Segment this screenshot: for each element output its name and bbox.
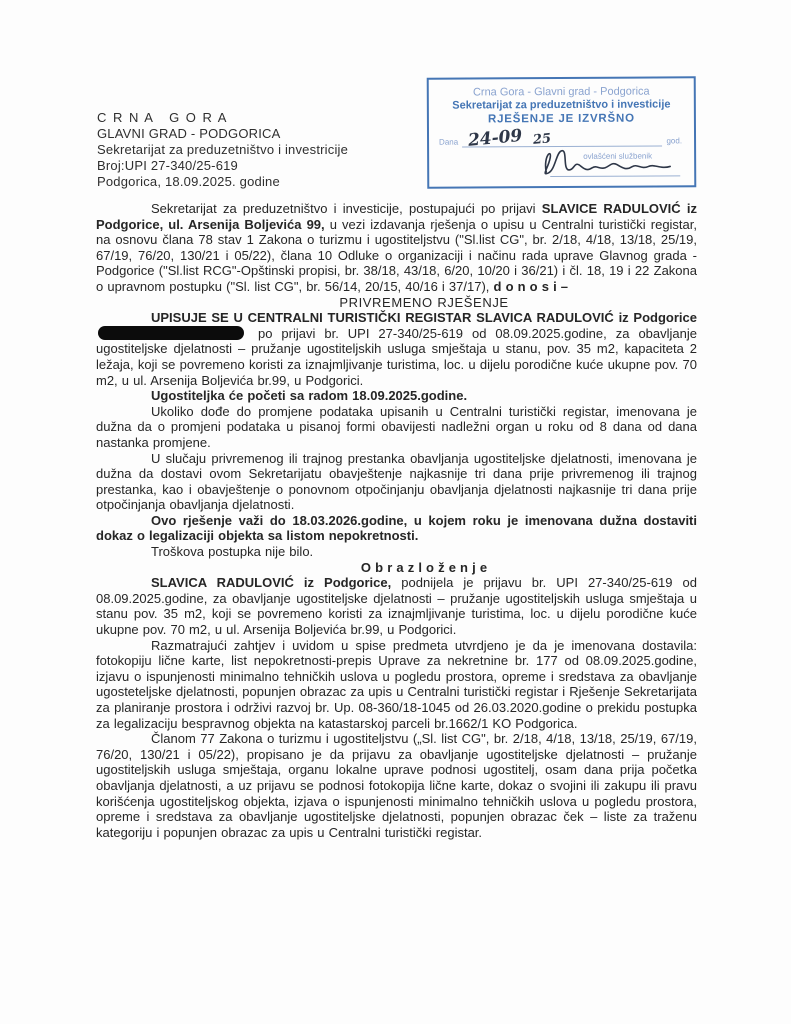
- execution-stamp: Crna Gora - Glavni grad - Podgorica Sekr…: [427, 76, 697, 188]
- intro-donosi: d o n o s i –: [494, 279, 569, 294]
- stamp-signature-area: ovlašćeni službenik: [510, 149, 680, 180]
- letterhead-country: C R N A G O R A: [97, 110, 348, 126]
- validity-text: Ovo rješenje važi do 18.03.2026.godine, …: [96, 513, 697, 544]
- explanation-section-title: O b r a z l o ž e n j e: [96, 560, 697, 576]
- intro-paragraph: Sekretarijat za preduzetništvo i investi…: [96, 201, 697, 295]
- redaction-bar: [98, 326, 244, 340]
- letterhead-place-date: Podgorica, 18.09.2025. godine: [97, 174, 348, 190]
- letterhead: C R N A G O R A GLAVNI GRAD - PODGORICA …: [97, 110, 348, 190]
- stamp-department-line: Sekretarijat za preduzetništvo i investi…: [429, 98, 694, 112]
- stamp-status-line: RJEŠENJE JE IZVRŠNO: [429, 111, 694, 126]
- decision-title: PRIVREMENO RJEŠENJE: [96, 295, 697, 311]
- start-work-text: Ugostiteljka će početi sa radom 18.09.20…: [151, 388, 467, 403]
- handwritten-date: 24-09: [468, 129, 524, 149]
- validity-paragraph: Ovo rješenje važi do 18.03.2026.godine, …: [96, 513, 697, 544]
- letterhead-department: Sekretarijat za preduzetništvo i investr…: [97, 142, 348, 158]
- letterhead-city: GLAVNI GRAD - PODGORICA: [97, 126, 348, 142]
- cease-notice-paragraph: U slučaju privremenog ili trajnog presta…: [96, 451, 697, 513]
- document-body: Sekretarijat za preduzetništvo i investi…: [96, 201, 697, 840]
- stamp-date-label: Dana: [439, 138, 458, 148]
- explanation-applicant: SLAVICA RADULOVIĆ iz Podgorice,: [151, 575, 391, 590]
- explanation-paragraph-3: Članom 77 Zakona o turizmu i ugostiteljs…: [96, 731, 697, 840]
- explanation-paragraph-1: SLAVICA RADULOVIĆ iz Podgorice, podnijel…: [96, 575, 697, 637]
- change-notice-paragraph: Ukoliko dođe do promjene podataka upisan…: [96, 404, 697, 451]
- scanned-decision-document: C R N A G O R A GLAVNI GRAD - PODGORICA …: [0, 0, 791, 1024]
- intro-lead: Sekretarijat za preduzetništvo i investi…: [151, 201, 542, 216]
- signature-icon: [532, 143, 682, 180]
- operative-entry-paragraph: UPISUJE SE U CENTRALNI TURISTIČKI REGIST…: [96, 310, 697, 388]
- explanation-paragraph-2: Razmatrajući zahtjev i uvidom u spise pr…: [96, 638, 697, 732]
- letterhead-case-number: Broj:UPI 27-340/25-619: [97, 158, 348, 174]
- start-work-line: Ugostiteljka će početi sa radom 18.09.20…: [96, 388, 697, 404]
- costs-line: Troškova postupka nije bilo.: [96, 544, 697, 560]
- operative-entry-bold: UPISUJE SE U CENTRALNI TURISTIČKI REGIST…: [151, 310, 697, 325]
